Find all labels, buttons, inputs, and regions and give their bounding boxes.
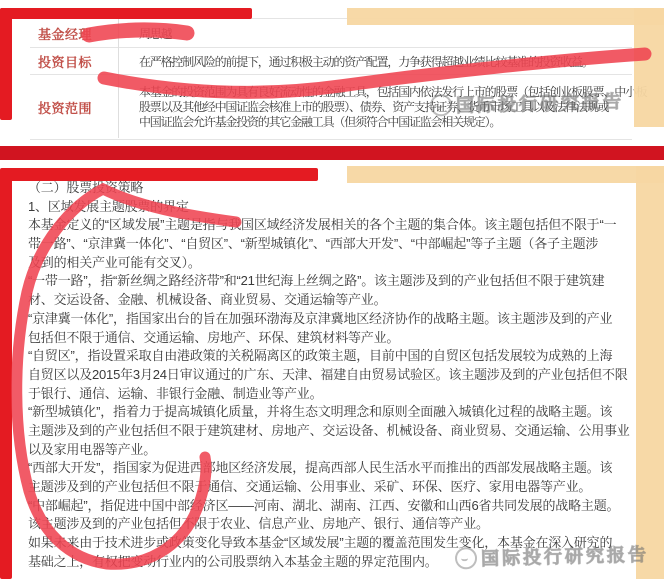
row-label-investment-scope: 投资范围 <box>30 98 126 117</box>
row-value-fund-manager: 周思越 <box>126 25 632 42</box>
document-line: “中部崛起”，指促进中国中部经济区——河南、湖北、湖南、江西、安徽和山西6省共同… <box>28 497 640 516</box>
screenshot-canvas: 基金经理 周思越 投资目标 在严格控制风险的前提下，通过积极主动的资产配置，力争… <box>0 0 664 579</box>
row-value-investment-scope: 本基金的投资范围为具有良好流动性的金融工具，包括国内依法发行上市的股票（包括创业… <box>126 85 647 130</box>
document-line: “一带一路”，指“新丝绸之路经济带”和“21世纪海上丝绸之路”。该主题涉及到的产… <box>28 272 640 291</box>
table-column-divider <box>118 18 119 138</box>
scope-line-3: 中国证监会允许基金投资的其它金融工具（但须符合中国证监会相关规定）。 <box>139 115 647 130</box>
red-frame-top-bar-1 <box>0 8 252 19</box>
peach-highlight-top-bar-2 <box>347 166 664 183</box>
table-row-investment-scope: 投资范围 本基金的投资范围为具有良好流动性的金融工具，包括国内依法发行上市的股票… <box>30 75 632 140</box>
document-line: 于银行、通信、运输、非银行金融、制造业等产业。 <box>28 385 640 404</box>
scope-line-2: 股票以及其他经中国证监会核准上市的股票）、债券、资产支持证券、货币市场工具以及法… <box>139 100 647 115</box>
document-line: 包括但不限于通信、交通运输、房地产、环保、建筑材料等产业。 <box>28 329 640 348</box>
document-line: 带一路”、“京津冀一体化”、“自贸区”、“新型城镇化”、“西部大开发”、“中部崛… <box>28 235 640 254</box>
document-line: 材、交运设备、金融、机械设备、商业贸易、交通运输等产业。 <box>28 291 640 310</box>
document-line: 该主题涉及到的产业包括但不限于农业、信息产业、房地产、银行、通信等产业。 <box>28 515 640 534</box>
document-line: 1、区域发展主题股票的界定 <box>28 198 640 217</box>
strategy-document: （二）股票投资策略1、区域发展主题股票的界定本基金定义的“区域发展”主题是指与我… <box>28 179 640 571</box>
row-label-fund-manager: 基金经理 <box>30 24 126 43</box>
red-frame-top-bar-2 <box>5 168 318 181</box>
document-line: 自贸区以及2015年3月24日审议通过的广东、天津、福建自由贸易试验区。该主题涉… <box>28 366 640 385</box>
document-line: 主题涉及到的产业包括但不限于建筑建材、房地产、交运设备、机械设备、商业贸易、交通… <box>28 422 640 441</box>
document-line: 及到的相关产业可能有交叉）。 <box>28 254 640 273</box>
document-line: 本基金定义的“区域发展”主题是指与我国区域经济发展相关的各个主题的集合体。该主题… <box>28 216 640 235</box>
document-line: “京津冀一体化”，指国家出台的旨在加强环渤海及京津冀地区经济协作的战略主题。该主… <box>28 310 640 329</box>
peach-highlight-right-bar-2 <box>636 166 664 579</box>
red-frame-left-bar-2 <box>0 168 12 579</box>
row-label-investment-objective: 投资目标 <box>30 52 126 71</box>
row-value-investment-objective: 在严格控制风险的前提下，通过积极主动的资产配置，力争获得超越业绩比较基准的投资收… <box>126 53 632 70</box>
red-divider-bar <box>0 146 664 160</box>
document-line: “新型城镇化”，指着力于提高城镇化质量，并将生态文明理念和原则全面融入城镇化过程… <box>28 403 640 422</box>
document-line: “自贸区”，指设置采取自由港政策的关税隔离区的政策主题，目前中国的自贸区包括发展… <box>28 347 640 366</box>
table-row-investment-objective: 投资目标 在严格控制风险的前提下，通过积极主动的资产配置，力争获得超越业绩比较基… <box>30 48 632 75</box>
red-frame-left-bar-1 <box>0 8 12 120</box>
scope-line-1: 本基金的投资范围为具有良好流动性的金融工具，包括国内依法发行上市的股票（包括创业… <box>139 85 647 100</box>
peach-highlight-right-bar-1 <box>634 8 664 127</box>
document-line: 如果未来由于技术进步或政策变化导致本基金“区域发展”主题的覆盖范围发生变化，本基… <box>28 534 640 553</box>
document-line: 以及家用电器等产业。 <box>28 441 640 460</box>
document-line: 基础之上，有权把变动行业内的公司股票纳入本基金主题的界定范围内。 <box>28 553 640 572</box>
document-line: “西部大开发”，指国家为促进西部地区经济发展，提高西部人民生活水平而推出的西部发… <box>28 459 640 478</box>
fund-info-table: 基金经理 周思越 投资目标 在严格控制风险的前提下，通过积极主动的资产配置，力争… <box>30 18 632 140</box>
peach-highlight-top-bar-1 <box>347 8 664 25</box>
document-line: 主题涉及到的产业包括但不限于通信、交通运输、公用事业、采矿、环保、医疗、家用电器… <box>28 478 640 497</box>
